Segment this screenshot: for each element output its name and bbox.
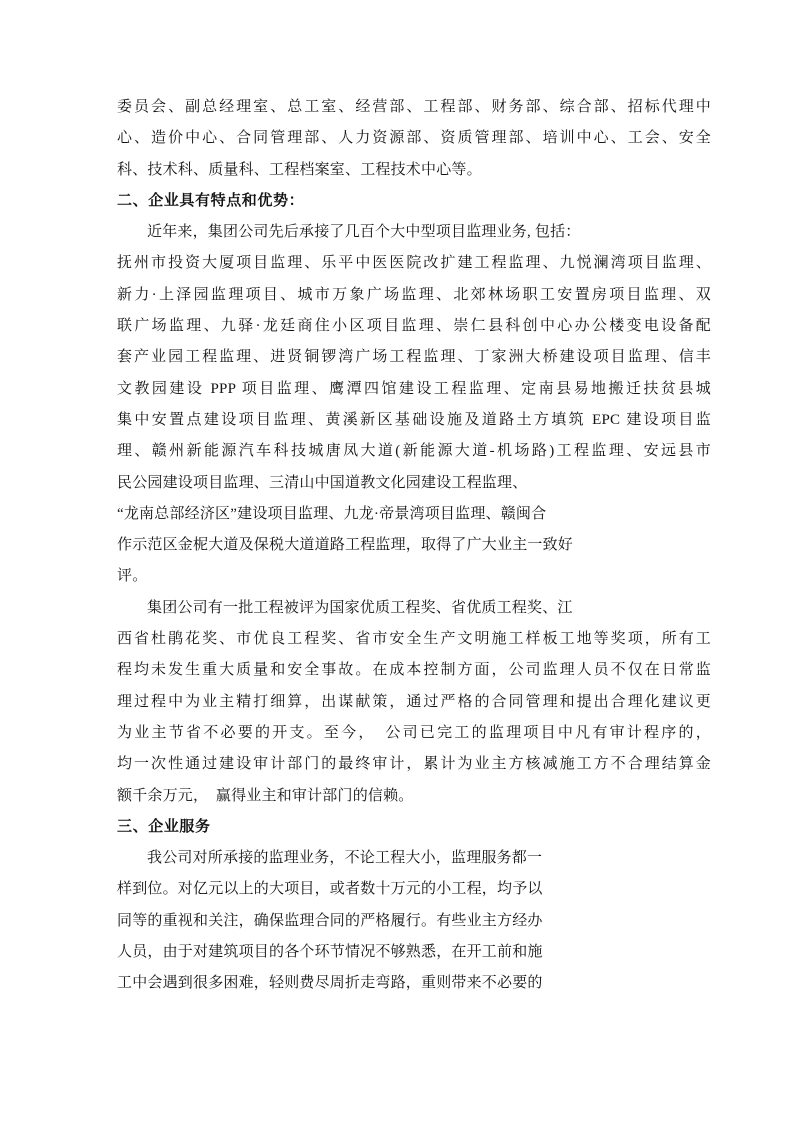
text-line: 集团公司有一批工程被评为国家优质工程奖、省优质工程奖、江 [117,593,711,624]
text-line: 理过程中为业主精打细算，出谋献策，通过严格的合同管理和提出合理化建议更 [117,687,711,718]
text-line: “龙南总部经济区”建设项目监理、九龙·帝景湾项目监理、赣闽合 [117,499,711,530]
text-line: 额千余万元， 赢得业主和审计部门的信赖。 [117,781,711,812]
text-line: 近年来，集团公司先后承接了几百个大中型项目监理业务, 包括： [117,217,711,248]
text-line: 样到位。对亿元以上的大项目，或者数十万元的小工程，均予以 [117,874,711,905]
text-line: 程均未发生重大质量和安全事故。在成本控制方面，公司监理人员不仅在日常监 [117,655,711,686]
text-line: 为业主节省不必要的开支。至今， 公司已完工的监理项目中凡有审计程序的， [117,718,711,749]
text-line: 民公园建设项目监理、三清山中国道教文化园建设工程监理、 [117,468,711,499]
text-line: 工中会遇到很多困难，轻则费尽周折走弯路，重则带来不必要的 [117,968,711,999]
text-line: 委员会、副总经理室、总工室、经营部、工程部、财务部、综合部、招标代理中 [117,92,711,123]
text-line: 评。 [117,561,711,592]
text-line: 科、技术科、质量科、工程档案室、工程技术中心等。 [117,155,711,186]
text-line: 理、赣州新能源汽车科技城唐凤大道(新能源大道-机场路)工程监理、安远县市 [117,436,711,467]
text-line: 人员，由于对建筑项目的各个环节情况不够熟悉，在开工前和施 [117,937,711,968]
section-heading: 三、企业服务 [117,812,711,843]
text-line: 西省杜鹃花奖、市优良工程奖、省市安全生产文明施工样板工地等奖项，所有工 [117,624,711,655]
document-page: 委员会、副总经理室、总工室、经营部、工程部、财务部、综合部、招标代理中心、造价中… [0,0,793,1122]
text-line: 集中安置点建设项目监理、黄溪新区基础设施及道路土方填筑 EPC 建设项目监 [117,405,711,436]
text-line: 心、造价中心、合同管理部、人力资源部、资质管理部、培训中心、工会、安全 [117,123,711,154]
section-heading: 二、企业具有特点和优势： [117,186,711,217]
text-line: 均一次性通过建设审计部门的最终审计，累计为业主方核减施工方不合理结算金 [117,749,711,780]
text-line: 我公司对所承接的监理业务，不论工程大小，监理服务都一 [117,843,711,874]
text-line: 同等的重视和关注，确保监理合同的严格履行。有些业主方经办 [117,906,711,937]
text-line: 新力·上泽园监理项目、城市万象广场监理、北郊林场职工安置房项目监理、双 [117,280,711,311]
text-line: 套产业园工程监理、进贤铜锣湾广场工程监理、丁家洲大桥建设项目监理、信丰 [117,342,711,373]
text-line: 文教园建设 PPP 项目监理、鹰潭四馆建设工程监理、定南县易地搬迁扶贫县城 [117,374,711,405]
text-line: 抚州市投资大厦项目监理、乐平中医医院改扩建工程监理、九悦澜湾项目监理、 [117,248,711,279]
text-line: 联广场监理、九驿·龙廷商住小区项目监理、崇仁县科创中心办公楼变电设备配 [117,311,711,342]
text-line: 作示范区金柅大道及保税大道道路工程监理，取得了广大业主一致好 [117,530,711,561]
document-body: 委员会、副总经理室、总工室、经营部、工程部、财务部、综合部、招标代理中心、造价中… [117,92,711,1000]
